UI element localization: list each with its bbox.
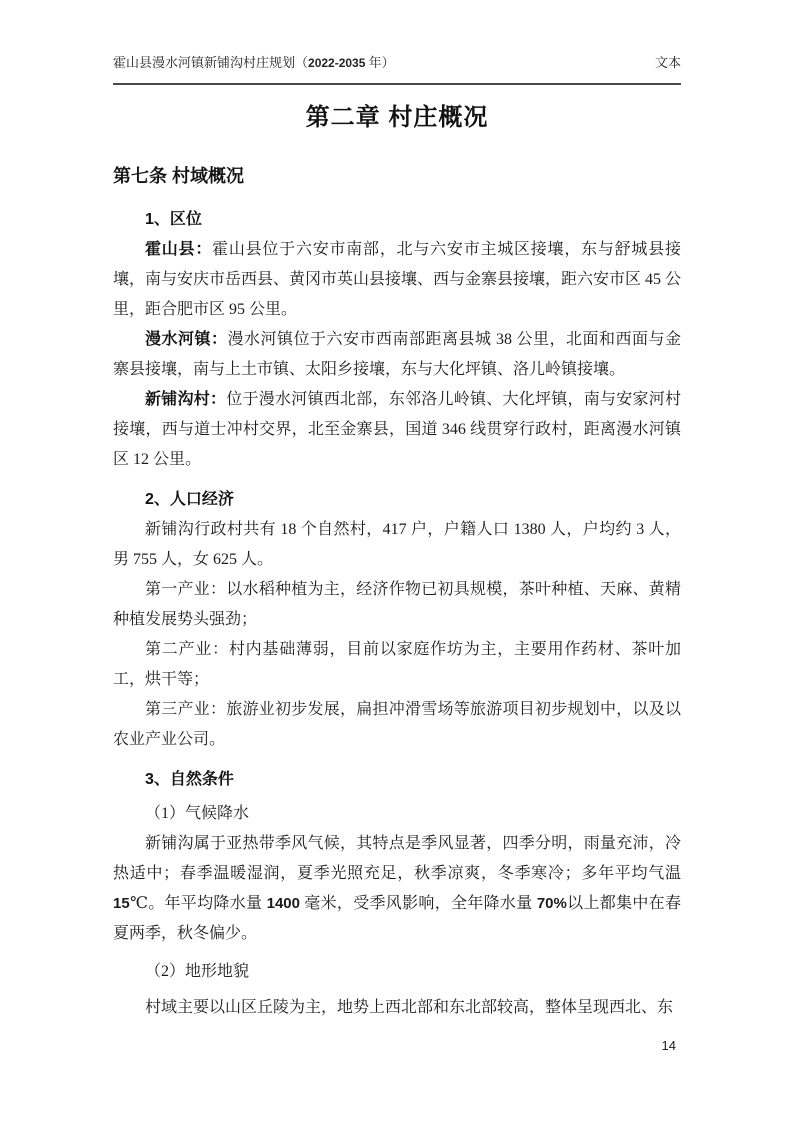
subsection-heading-population-economy: 2、人口经济 [113, 485, 681, 515]
text-run: 70% [537, 895, 567, 912]
paragraph-terrain: 村域主要以山区丘陵为主，地势上西北部和东北部较高，整体呈现西北、东 [113, 993, 681, 1023]
page-number: 14 [662, 1038, 676, 1053]
subsection-heading-natural-conditions: 3、自然条件 [113, 765, 681, 795]
text-run: 毫米，受季风影响，全年降水量 [300, 895, 537, 912]
text-run: 1400 [267, 895, 300, 912]
paragraph-climate: 新铺沟属于亚热带季风气候，其特点是季风显著，四季分明，雨量充沛，冷热适中；春季温… [113, 829, 681, 949]
text-run: 霍山县漫水河镇新铺沟村庄规划（ [113, 55, 308, 70]
paragraph-county: 霍山县：霍山县位于六安市南部，北与六安市主城区接壤，东与舒城县接壤，南与安庆市岳… [113, 235, 681, 325]
subsection-heading-location: 1、区位 [113, 205, 681, 235]
page-header: 霍山县漫水河镇新铺沟村庄规划（2022-2035 年） 文本 [113, 55, 681, 85]
document-type-label: 文本 [655, 55, 681, 71]
paragraph-secondary-industry: 第二产业：村内基础薄弱，目前以家庭作坊为主，主要用作药材、茶叶加工，烘干等； [113, 635, 681, 695]
text-run: 2022-2035 [308, 56, 365, 70]
text-run: ℃。年平均降水量 [130, 895, 267, 912]
paragraph-population-overview: 新铺沟行政村共有 18 个自然村，417 户，户籍人口 1380 人，户均约 3… [113, 515, 681, 575]
paragraph-tertiary-industry: 第三产业：旅游业初步发展，扁担冲滑雪场等旅游项目初步规划中，以及以农业产业公司。 [113, 695, 681, 755]
text-run: 新铺沟属于亚热带季风气候，其特点是季风显著，四季分明，雨量充沛，冷热适中；春季温… [113, 835, 681, 882]
chapter-heading: 第二章 村庄概况 [113, 101, 681, 135]
paragraph-village: 新铺沟村：位于漫水河镇西北部，东邻洛儿岭镇、大化坪镇，南与安家河村接壤，西与道士… [113, 385, 681, 475]
paragraph-village-label: 新铺沟村： [145, 391, 226, 408]
document-page: 霍山县漫水河镇新铺沟村庄规划（2022-2035 年） 文本 第二章 村庄概况 … [0, 0, 794, 1122]
subheading-terrain: （2）地形地貌 [113, 957, 681, 987]
paragraph-county-label: 霍山县： [145, 241, 212, 258]
paragraph-town-label: 漫水河镇： [145, 331, 228, 348]
paragraph-primary-industry: 第一产业：以水稻种植为主，经济作物已初具规模，茶叶种植、天麻、黄精种植发展势头强… [113, 575, 681, 635]
text-run: 15 [113, 895, 130, 912]
subheading-climate: （1）气候降水 [113, 799, 681, 829]
document-title: 霍山县漫水河镇新铺沟村庄规划（2022-2035 年） [113, 55, 395, 71]
text-run: 年） [365, 55, 394, 70]
section-heading: 第七条 村域概况 [113, 163, 681, 189]
paragraph-town: 漫水河镇：漫水河镇位于六安市西南部距离县城 38 公里，北面和西面与金寨县接壤，… [113, 325, 681, 385]
